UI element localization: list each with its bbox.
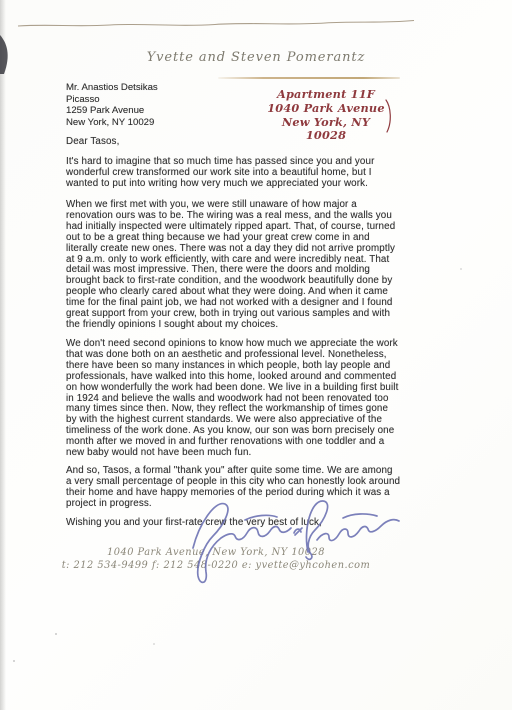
scan-left-edge: [0, 0, 6, 710]
letter-paragraph: When we first met with you, we were stil…: [66, 200, 460, 331]
scanned-letter-page: Yvette and Steven Pomerantz Mr. Anastios…: [0, 0, 512, 710]
handwritten-signature: [175, 488, 405, 588]
letter-paragraph: We don't need second opinions to know ho…: [66, 339, 460, 459]
sender-address: Apartment 11F 1040 Park Avenue New York,…: [260, 88, 392, 143]
recipient-address: Mr. Anastios Detsikas Picasso 1259 Park …: [66, 82, 158, 128]
letter-paragraph: It's hard to imagine that so much time h…: [66, 157, 460, 190]
scan-speck: [55, 633, 57, 635]
salutation: Dear Tasos,: [66, 137, 460, 148]
letterhead-rule: [218, 77, 400, 79]
letterhead-name: Yvette and Steven Pomerantz: [0, 50, 512, 65]
scan-speck: [153, 643, 155, 645]
scan-top-edge-line: [0, 13, 512, 35]
sender-address-bracket: [384, 99, 394, 133]
scan-speck: [13, 660, 15, 662]
scan-speck: [460, 268, 462, 270]
